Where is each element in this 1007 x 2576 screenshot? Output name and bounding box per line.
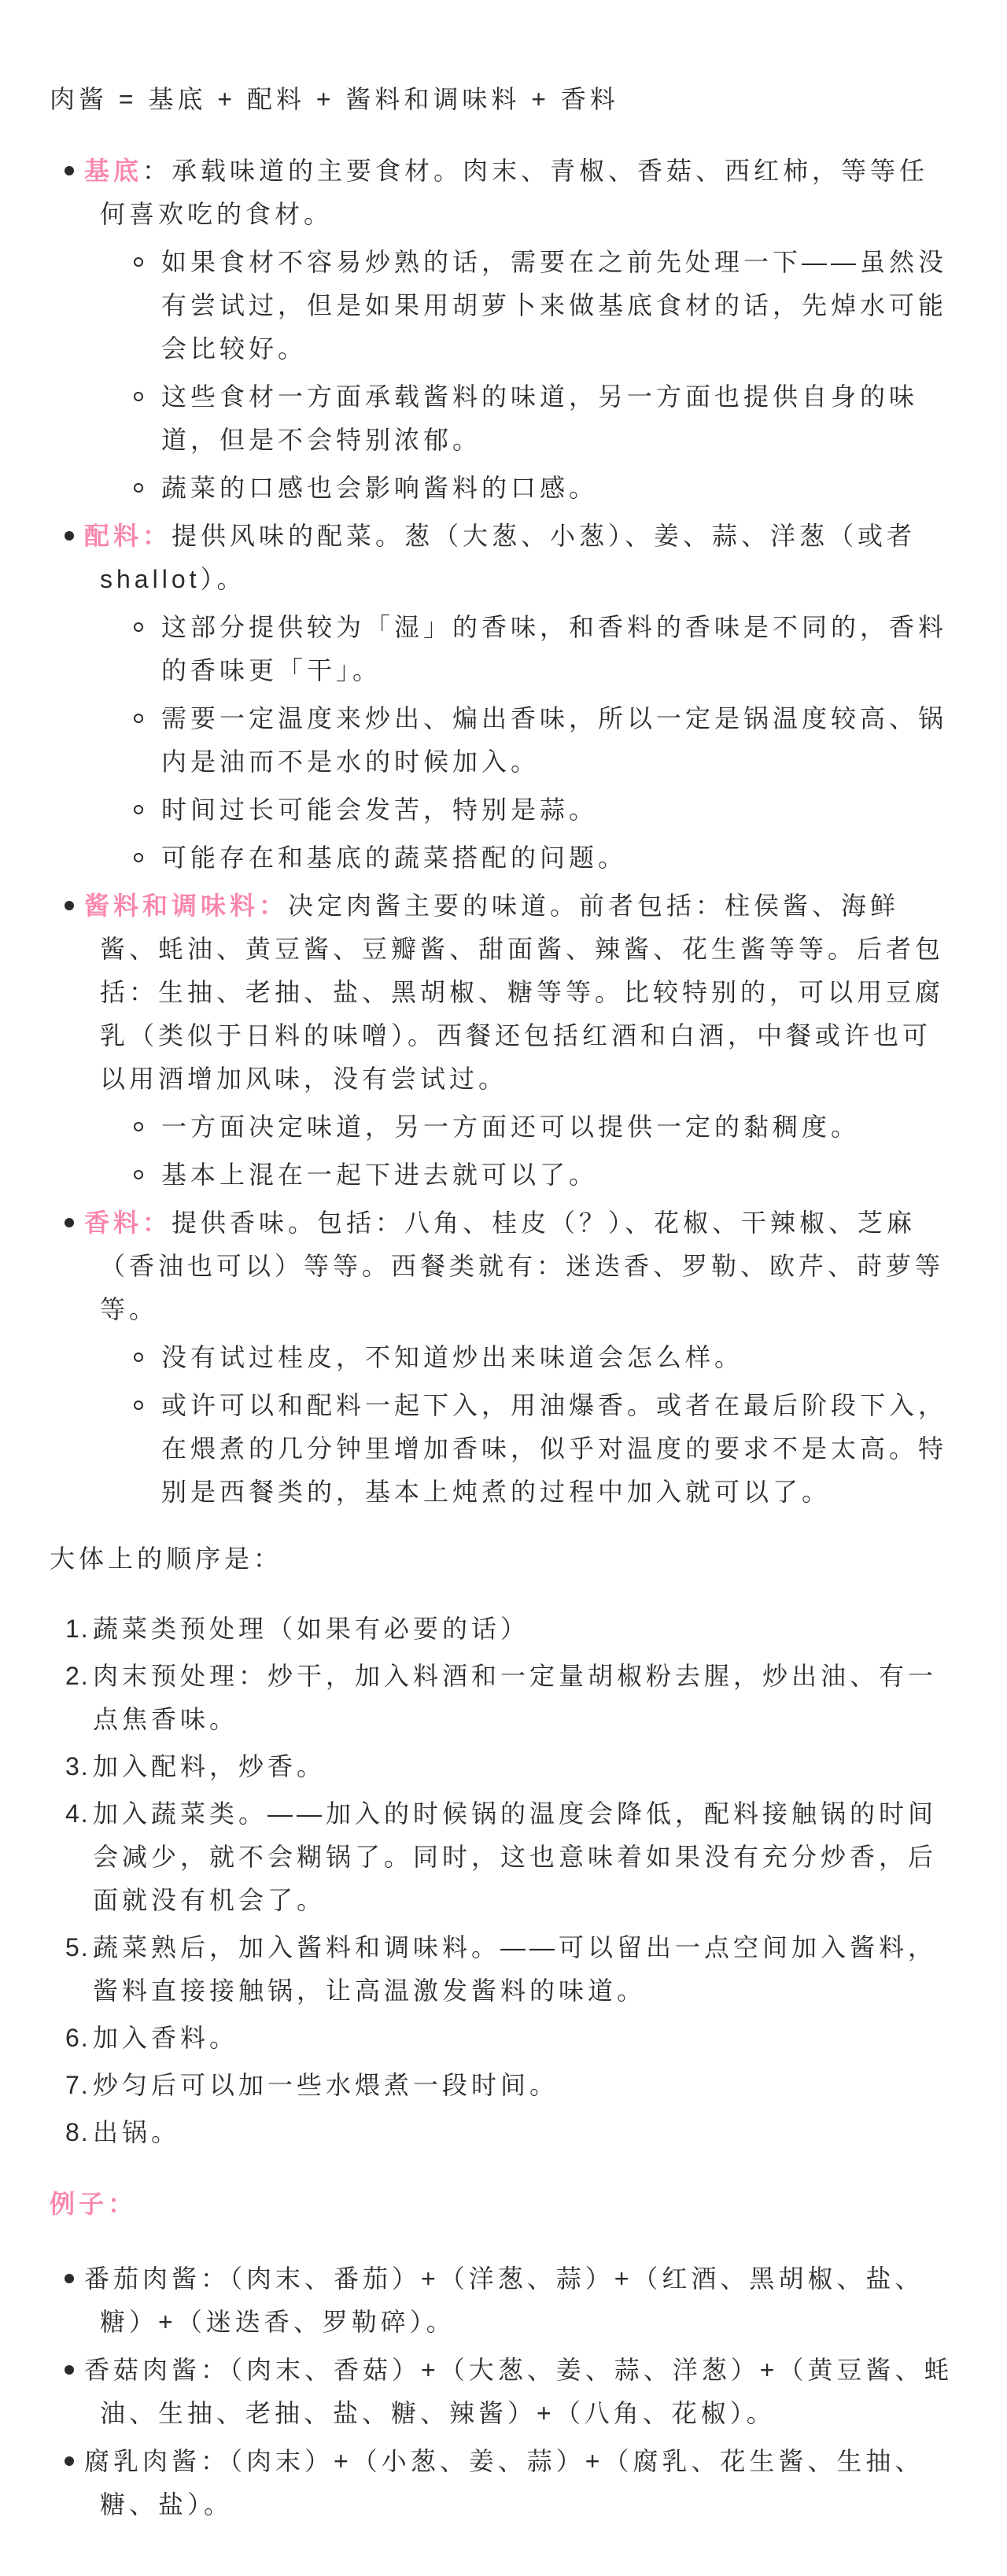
example-item: 腐乳肉酱：（肉末）+（小葱、姜、蒜）+（腐乳、花生酱、生抽、糖、盐）。	[50, 2440, 957, 2526]
bullet-circle-icon	[134, 622, 143, 632]
component-term: 酱料和调味料：	[84, 891, 288, 920]
step-number: 3.	[65, 1745, 90, 1788]
step-item: 4.加入蔬菜类。——加入的时候锅的温度会降低，配料接触锅的时间会减少，就不会糊锅…	[50, 1792, 957, 1922]
step-number: 5.	[65, 1926, 90, 1969]
component-item-sauces: 酱料和调味料：决定肉酱主要的味道。前者包括：柱侯酱、海鲜酱、蚝油、黄豆酱、豆瓣酱…	[50, 884, 957, 1197]
note-text: 这些食材一方面承载酱料的味道，另一方面也提供自身的味道，但是不会特别浓郁。	[161, 382, 918, 454]
step-item: 5.蔬菜熟后，加入酱料和调味料。——可以留出一点空间加入酱料，酱料直接接触锅，让…	[50, 1926, 957, 2013]
bullet-disc-icon	[65, 2274, 74, 2283]
step-number: 8.	[65, 2111, 90, 2154]
bullet-circle-icon	[134, 1353, 143, 1362]
note-item: 基本上混在一起下进去就可以了。	[100, 1153, 957, 1197]
step-item: 7.炒匀后可以加一些水煨煮一段时间。	[50, 2064, 957, 2107]
note-item: 这些食材一方面承载酱料的味道，另一方面也提供自身的味道，但是不会特别浓郁。	[100, 375, 957, 462]
step-item: 6.加入香料。	[50, 2017, 957, 2060]
step-text: 出锅。	[93, 2118, 180, 2146]
step-text: 加入香料。	[93, 2024, 238, 2052]
note-item: 需要一定温度来炒出、煸出香味，所以一定是锅温度较高、锅内是油而不是水的时候加入。	[100, 697, 957, 784]
bullet-disc-icon	[65, 1218, 74, 1227]
order-heading: 大体上的顺序是：	[50, 1537, 957, 1581]
step-text: 加入蔬菜类。——加入的时候锅的温度会降低，配料接触锅的时间会减少，就不会糊锅了。…	[93, 1799, 937, 1914]
examples-heading: 例子：	[50, 2183, 957, 2226]
step-number: 1.	[65, 1607, 90, 1651]
note-text: 一方面决定味道，另一方面还可以提供一定的黏稠度。	[161, 1113, 860, 1141]
example-text: 腐乳肉酱：（肉末）+（小葱、姜、蒜）+（腐乳、花生酱、生抽、糖、盐）。	[84, 2447, 924, 2519]
bullet-circle-icon	[134, 853, 143, 862]
step-text: 蔬菜熟后，加入酱料和调味料。——可以留出一点空间加入酱料，酱料直接接触锅，让高温…	[93, 1933, 937, 2005]
component-notes: 没有试过桂皮，不知道炒出来味道会怎么样。 或许可以和配料一起下入，用油爆香。或者…	[100, 1336, 957, 1514]
recipe-notes-page: 肉酱 = 基底 + 配料 + 酱料和调味料 + 香料 基底：承载味道的主要食材。…	[0, 0, 1007, 2576]
component-notes: 一方面决定味道，另一方面还可以提供一定的黏稠度。 基本上混在一起下进去就可以了。	[100, 1105, 957, 1197]
component-notes: 这部分提供较为「湿」的香味，和香料的香味是不同的，香料的香味更「干」。 需要一定…	[100, 606, 957, 880]
component-colon: ：	[142, 157, 172, 185]
note-text: 蔬菜的口感也会影响酱料的口感。	[161, 474, 598, 502]
note-text: 时间过长可能会发苦，特别是蒜。	[161, 795, 598, 824]
example-text: 番茄肉酱：（肉末、番茄）+（洋葱、蒜）+（红酒、黑胡椒、盐、糖）+（迷迭香、罗勒…	[84, 2264, 924, 2336]
examples-list: 番茄肉酱：（肉末、番茄）+（洋葱、蒜）+（红酒、黑胡椒、盐、糖）+（迷迭香、罗勒…	[50, 2257, 957, 2526]
component-notes: 如果食材不容易炒熟的话，需要在之前先处理一下——虽然没有尝试过，但是如果用胡萝卜…	[100, 241, 957, 510]
example-text: 香菇肉酱：（肉末、香菇）+（大葱、姜、蒜、洋葱）+（黄豆酱、蚝油、生抽、老抽、盐…	[84, 2356, 953, 2427]
bullet-disc-icon	[65, 901, 74, 910]
bullet-circle-icon	[134, 1170, 143, 1179]
note-text: 没有试过桂皮，不知道炒出来味道会怎么样。	[161, 1343, 743, 1371]
component-desc: 提供风味的配菜。葱（大葱、小葱）、姜、蒜、洋葱（或者 shallot）。	[100, 522, 916, 593]
note-item: 蔬菜的口感也会影响酱料的口感。	[100, 467, 957, 510]
step-number: 7.	[65, 2064, 90, 2107]
component-term: 配料：	[84, 522, 172, 550]
note-item: 如果食材不容易炒熟的话，需要在之前先处理一下——虽然没有尝试过，但是如果用胡萝卜…	[100, 241, 957, 371]
component-desc: 承载味道的主要食材。肉末、青椒、香菇、西红柿，等等任何喜欢吃的食材。	[100, 157, 928, 228]
step-text: 炒匀后可以加一些水煨煮一段时间。	[93, 2071, 559, 2099]
bullet-disc-icon	[65, 2456, 74, 2466]
bullet-circle-icon	[134, 714, 143, 723]
step-text: 肉末预处理：炒干，加入料酒和一定量胡椒粉去腥，炒出油、有一点焦香味。	[93, 1662, 937, 1733]
step-item: 3.加入配料，炒香。	[50, 1745, 957, 1788]
component-item-spices: 香料：提供香味。包括：八角、桂皮（？）、花椒、干辣椒、芝麻（香油也可以）等等。西…	[50, 1201, 957, 1514]
note-item: 可能存在和基底的蔬菜搭配的问题。	[100, 836, 957, 880]
component-item-aromatics: 配料：提供风味的配菜。葱（大葱、小葱）、姜、蒜、洋葱（或者 shallot）。 …	[50, 515, 957, 880]
bullet-circle-icon	[134, 1401, 143, 1410]
step-text: 加入配料，炒香。	[93, 1752, 326, 1781]
example-item: 番茄肉酱：（肉末、番茄）+（洋葱、蒜）+（红酒、黑胡椒、盐、糖）+（迷迭香、罗勒…	[50, 2257, 957, 2344]
formula-line: 肉酱 = 基底 + 配料 + 酱料和调味料 + 香料	[50, 78, 957, 121]
note-item: 或许可以和配料一起下入，用油爆香。或者在最后阶段下入，在煨煮的几分钟里增加香味，…	[100, 1384, 957, 1514]
bullet-circle-icon	[134, 483, 143, 493]
note-item: 这部分提供较为「湿」的香味，和香料的香味是不同的，香料的香味更「干」。	[100, 606, 957, 692]
note-text: 这部分提供较为「湿」的香味，和香料的香味是不同的，香料的香味更「干」。	[161, 613, 947, 685]
note-item: 时间过长可能会发苦，特别是蒜。	[100, 788, 957, 832]
note-text: 可能存在和基底的蔬菜搭配的问题。	[161, 843, 627, 872]
note-text: 基本上混在一起下进去就可以了。	[161, 1161, 598, 1189]
note-item: 一方面决定味道，另一方面还可以提供一定的黏稠度。	[100, 1105, 957, 1149]
component-desc: 决定肉酱主要的味道。前者包括：柱侯酱、海鲜酱、蚝油、黄豆酱、豆瓣酱、甜面酱、辣酱…	[100, 891, 944, 1093]
component-desc: 提供香味。包括：八角、桂皮（？）、花椒、干辣椒、芝麻（香油也可以）等等。西餐类就…	[100, 1209, 944, 1323]
step-number: 4.	[65, 1792, 90, 1836]
bullet-circle-icon	[134, 1122, 143, 1131]
component-term: 香料：	[84, 1209, 172, 1237]
bullet-circle-icon	[134, 392, 143, 401]
bullet-circle-icon	[134, 257, 143, 267]
bullet-disc-icon	[65, 166, 74, 175]
steps-list: 1.蔬菜类预处理（如果有必要的话） 2.肉末预处理：炒干，加入料酒和一定量胡椒粉…	[50, 1607, 957, 2154]
component-item-base: 基底：承载味道的主要食材。肉末、青椒、香菇、西红柿，等等任何喜欢吃的食材。 如果…	[50, 149, 957, 510]
step-item: 1.蔬菜类预处理（如果有必要的话）	[50, 1607, 957, 1651]
note-item: 没有试过桂皮，不知道炒出来味道会怎么样。	[100, 1336, 957, 1379]
note-text: 或许可以和配料一起下入，用油爆香。或者在最后阶段下入，在煨煮的几分钟里增加香味，…	[161, 1391, 947, 1506]
bullet-circle-icon	[134, 805, 143, 814]
bullet-disc-icon	[65, 2365, 74, 2375]
step-text: 蔬菜类预处理（如果有必要的话）	[93, 1615, 529, 1643]
step-number: 6.	[65, 2017, 90, 2060]
step-number: 2.	[65, 1655, 90, 1698]
components-list: 基底：承载味道的主要食材。肉末、青椒、香菇、西红柿，等等任何喜欢吃的食材。 如果…	[50, 149, 957, 1514]
example-item: 香菇肉酱：（肉末、香菇）+（大葱、姜、蒜、洋葱）+（黄豆酱、蚝油、生抽、老抽、盐…	[50, 2349, 957, 2435]
note-text: 如果食材不容易炒熟的话，需要在之前先处理一下——虽然没有尝试过，但是如果用胡萝卜…	[161, 248, 947, 363]
step-item: 8.出锅。	[50, 2111, 957, 2154]
note-text: 需要一定温度来炒出、煸出香味，所以一定是锅温度较高、锅内是油而不是水的时候加入。	[161, 704, 947, 776]
component-term: 基底	[84, 157, 142, 185]
bullet-disc-icon	[65, 531, 74, 541]
step-item: 2.肉末预处理：炒干，加入料酒和一定量胡椒粉去腥，炒出油、有一点焦香味。	[50, 1655, 957, 1741]
